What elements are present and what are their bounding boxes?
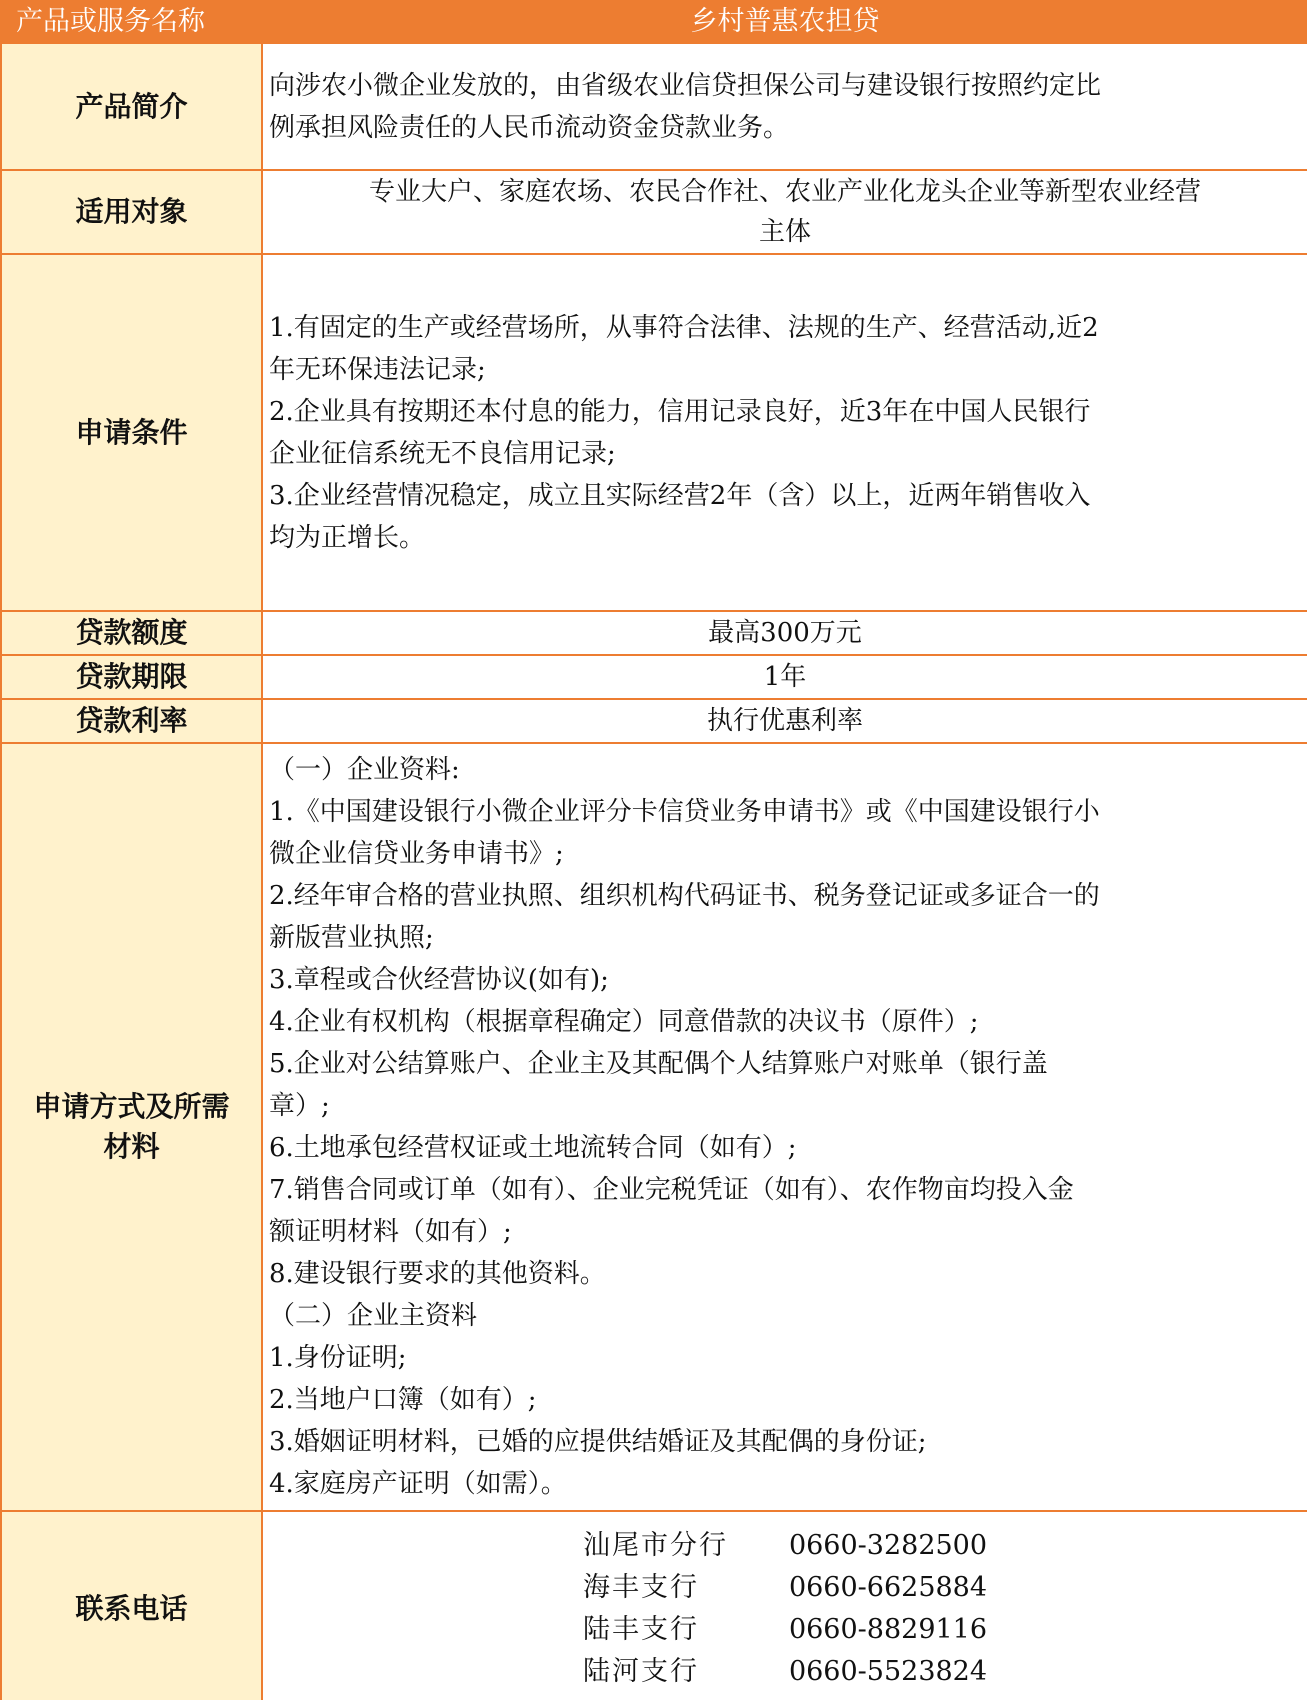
header-row: 产品或服务名称 乡村普惠农担贷 <box>1 1 1307 43</box>
label-target: 适用对象 <box>1 170 262 254</box>
text-line: 4.家庭房产证明（如需）。 <box>269 1463 1301 1505</box>
text-line: 新版营业执照; <box>269 917 1301 959</box>
text-line: 向涉农小微企业发放的，由省级农业信贷担保公司与建设银行按照约定比 <box>269 65 1301 107</box>
label-line: 申请方式及所需 <box>2 1087 261 1127</box>
text-line: 3.婚姻证明材料，已婚的应提供结婚证及其配偶的身份证; <box>269 1421 1301 1463</box>
phone-entry: 汕尾市分行0660-3282500 <box>583 1525 987 1567</box>
text-line: 1.有固定的生产或经营场所，从事符合法律、法规的生产、经营活动,近2 <box>269 307 1301 349</box>
product-info-table: 产品或服务名称 乡村普惠农担贷 产品简介 向涉农小微企业发放的，由省级农业信贷担… <box>0 0 1307 1700</box>
text-line: 微企业信贷业务申请书》; <box>269 833 1301 875</box>
text-line: 主体 <box>269 212 1301 252</box>
label-materials: 申请方式及所需 材料 <box>1 743 262 1511</box>
text-line: 1.身份证明; <box>269 1337 1301 1379</box>
row-rate: 贷款利率 执行优惠利率 <box>1 699 1307 743</box>
phone-number: 0660-3282500 <box>789 1525 987 1567</box>
row-conditions: 申请条件 1.有固定的生产或经营场所，从事符合法律、法规的生产、经营活动,近2 … <box>1 254 1307 611</box>
phone-number: 0660-6625884 <box>789 1567 987 1609</box>
value-amount: 最高300万元 <box>262 611 1307 655</box>
text-line: 3.章程或合伙经营协议(如有); <box>269 959 1301 1001</box>
text-line: 例承担风险责任的人民币流动资金贷款业务。 <box>269 107 1301 149</box>
branch-name: 汕尾市分行 <box>583 1525 789 1567</box>
row-term: 贷款期限 1年 <box>1 655 1307 699</box>
text-line: 章）; <box>269 1085 1301 1127</box>
phone-entry: 海丰支行0660-6625884 <box>583 1567 987 1609</box>
label-intro: 产品简介 <box>1 43 262 170</box>
text-line: 额证明材料（如有）; <box>269 1211 1301 1253</box>
value-materials: （一）企业资料: 1.《中国建设银行小微企业评分卡信贷业务申请书》或《中国建设银… <box>262 743 1307 1511</box>
text-line: 5.企业对公结算账户、企业主及其配偶个人结算账户对账单（银行盖 <box>269 1043 1301 1085</box>
label-line: 材料 <box>2 1127 261 1167</box>
value-intro: 向涉农小微企业发放的，由省级农业信贷担保公司与建设银行按照约定比 例承担风险责任… <box>262 43 1307 170</box>
label-rate: 贷款利率 <box>1 699 262 743</box>
text-line: 2.经年审合格的营业执照、组织机构代码证书、税务登记证或多证合一的 <box>269 875 1301 917</box>
value-rate: 执行优惠利率 <box>262 699 1307 743</box>
branch-name: 海丰支行 <box>583 1567 789 1609</box>
label-amount: 贷款额度 <box>1 611 262 655</box>
row-contact: 联系电话 汕尾市分行0660-3282500 海丰支行0660-6625884 … <box>1 1511 1307 1700</box>
phone-entry: 陆丰支行0660-8829116 <box>583 1609 987 1651</box>
value-term: 1年 <box>262 655 1307 699</box>
text-line: 2.当地户口簿（如有）; <box>269 1379 1301 1421</box>
row-intro: 产品简介 向涉农小微企业发放的，由省级农业信贷担保公司与建设银行按照约定比 例承… <box>1 43 1307 170</box>
text-line: 1.《中国建设银行小微企业评分卡信贷业务申请书》或《中国建设银行小 <box>269 791 1301 833</box>
text-line: 企业征信系统无不良信用记录; <box>269 433 1301 475</box>
text-line: （一）企业资料: <box>269 749 1301 791</box>
text-line: 均为正增长。 <box>269 517 1301 559</box>
text-line: 4.企业有权机构（根据章程确定）同意借款的决议书（原件）; <box>269 1001 1301 1043</box>
text-line: 专业大户、家庭农场、农民合作社、农业产业化龙头企业等新型农业经营 <box>269 172 1301 212</box>
label-conditions: 申请条件 <box>1 254 262 611</box>
header-label: 产品或服务名称 <box>1 1 262 43</box>
text-line: 年无环保违法记录; <box>269 349 1301 391</box>
value-target: 专业大户、家庭农场、农民合作社、农业产业化龙头企业等新型农业经营 主体 <box>262 170 1307 254</box>
label-term: 贷款期限 <box>1 655 262 699</box>
text-line: 6.土地承包经营权证或土地流转合同（如有）; <box>269 1127 1301 1169</box>
phone-list: 汕尾市分行0660-3282500 海丰支行0660-6625884 陆丰支行0… <box>583 1525 987 1693</box>
value-contact: 汕尾市分行0660-3282500 海丰支行0660-6625884 陆丰支行0… <box>262 1511 1307 1700</box>
text-line: 7.销售合同或订单（如有）、企业完税凭证（如有）、农作物亩均投入金 <box>269 1169 1301 1211</box>
label-contact: 联系电话 <box>1 1511 262 1700</box>
phone-entry: 陆河支行0660-5523824 <box>583 1651 987 1693</box>
text-line: 3.企业经营情况稳定，成立且实际经营2年（含）以上，近两年销售收入 <box>269 475 1301 517</box>
text-line: 2.企业具有按期还本付息的能力，信用记录良好，近3年在中国人民银行 <box>269 391 1301 433</box>
row-materials: 申请方式及所需 材料 （一）企业资料: 1.《中国建设银行小微企业评分卡信贷业务… <box>1 743 1307 1511</box>
row-amount: 贷款额度 最高300万元 <box>1 611 1307 655</box>
phone-number: 0660-5523824 <box>789 1651 987 1693</box>
branch-name: 陆河支行 <box>583 1651 789 1693</box>
phone-number: 0660-8829116 <box>789 1609 987 1651</box>
branch-name: 陆丰支行 <box>583 1609 789 1651</box>
text-line: 8.建设银行要求的其他资料。 <box>269 1253 1301 1295</box>
value-conditions: 1.有固定的生产或经营场所，从事符合法律、法规的生产、经营活动,近2 年无环保违… <box>262 254 1307 611</box>
text-line: （二）企业主资料 <box>269 1295 1301 1337</box>
product-name: 乡村普惠农担贷 <box>262 1 1307 43</box>
row-target: 适用对象 专业大户、家庭农场、农民合作社、农业产业化龙头企业等新型农业经营 主体 <box>1 170 1307 254</box>
